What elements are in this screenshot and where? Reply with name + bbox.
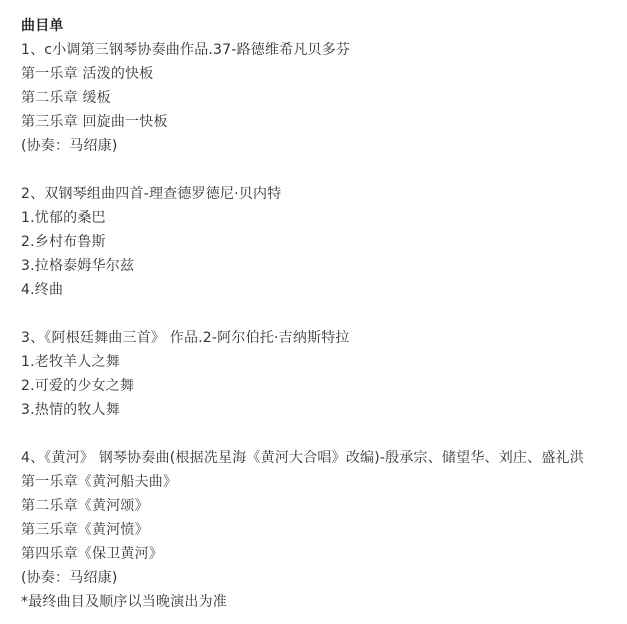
section-3: 3、《阿根廷舞曲三首》 作品.2-阿尔伯托·吉纳斯特拉 1.老牧羊人之舞 2.可… bbox=[21, 326, 627, 422]
movement-line: 4.终曲 bbox=[21, 278, 627, 302]
movement-line: 第三乐章《黄河愤》 bbox=[21, 518, 627, 542]
movement-line: 第一乐章 活泼的快板 bbox=[21, 62, 627, 86]
movement-line: 3.热情的牧人舞 bbox=[21, 398, 627, 422]
movement-line: 第四乐章《保卫黄河》 bbox=[21, 542, 627, 566]
soloist-note: (协奏：马绍康) bbox=[21, 134, 627, 158]
spacer bbox=[21, 422, 627, 446]
section-heading: 1、c小调第三钢琴协奏曲作品.37-路德维希凡贝多芬 bbox=[21, 38, 627, 62]
movement-line: 2.乡村布鲁斯 bbox=[21, 230, 627, 254]
soloist-note: (协奏：马绍康) bbox=[21, 566, 627, 590]
section-2: 2、双钢琴组曲四首-理查德罗德尼·贝内特 1.忧郁的桑巴 2.乡村布鲁斯 3.拉… bbox=[21, 182, 627, 302]
movement-line: 第二乐章《黄河颂》 bbox=[21, 494, 627, 518]
movement-line: 2.可爱的少女之舞 bbox=[21, 374, 627, 398]
movement-line: 1.老牧羊人之舞 bbox=[21, 350, 627, 374]
section-heading: 4、《黄河》 钢琴协奏曲(根据冼星海《黄河大合唱》改编)-殷承宗、储望华、刘庄、… bbox=[21, 446, 627, 470]
movement-line: 第一乐章《黄河船夫曲》 bbox=[21, 470, 627, 494]
program-document: 曲目单 1、c小调第三钢琴协奏曲作品.37-路德维希凡贝多芬 第一乐章 活泼的快… bbox=[0, 0, 627, 614]
movement-line: 第二乐章 缓板 bbox=[21, 86, 627, 110]
program-title: 曲目单 bbox=[21, 14, 627, 38]
section-4: 4、《黄河》 钢琴协奏曲(根据冼星海《黄河大合唱》改编)-殷承宗、储望华、刘庄、… bbox=[21, 446, 627, 590]
section-heading: 3、《阿根廷舞曲三首》 作品.2-阿尔伯托·吉纳斯特拉 bbox=[21, 326, 627, 350]
section-heading: 2、双钢琴组曲四首-理查德罗德尼·贝内特 bbox=[21, 182, 627, 206]
movement-line: 第三乐章 回旋曲一快板 bbox=[21, 110, 627, 134]
spacer bbox=[21, 158, 627, 182]
movement-line: 1.忧郁的桑巴 bbox=[21, 206, 627, 230]
movement-line: 3.拉格泰姆华尔兹 bbox=[21, 254, 627, 278]
spacer bbox=[21, 302, 627, 326]
section-1: 1、c小调第三钢琴协奏曲作品.37-路德维希凡贝多芬 第一乐章 活泼的快板 第二… bbox=[21, 38, 627, 158]
footnote: *最终曲目及顺序以当晚演出为准 bbox=[21, 590, 627, 614]
